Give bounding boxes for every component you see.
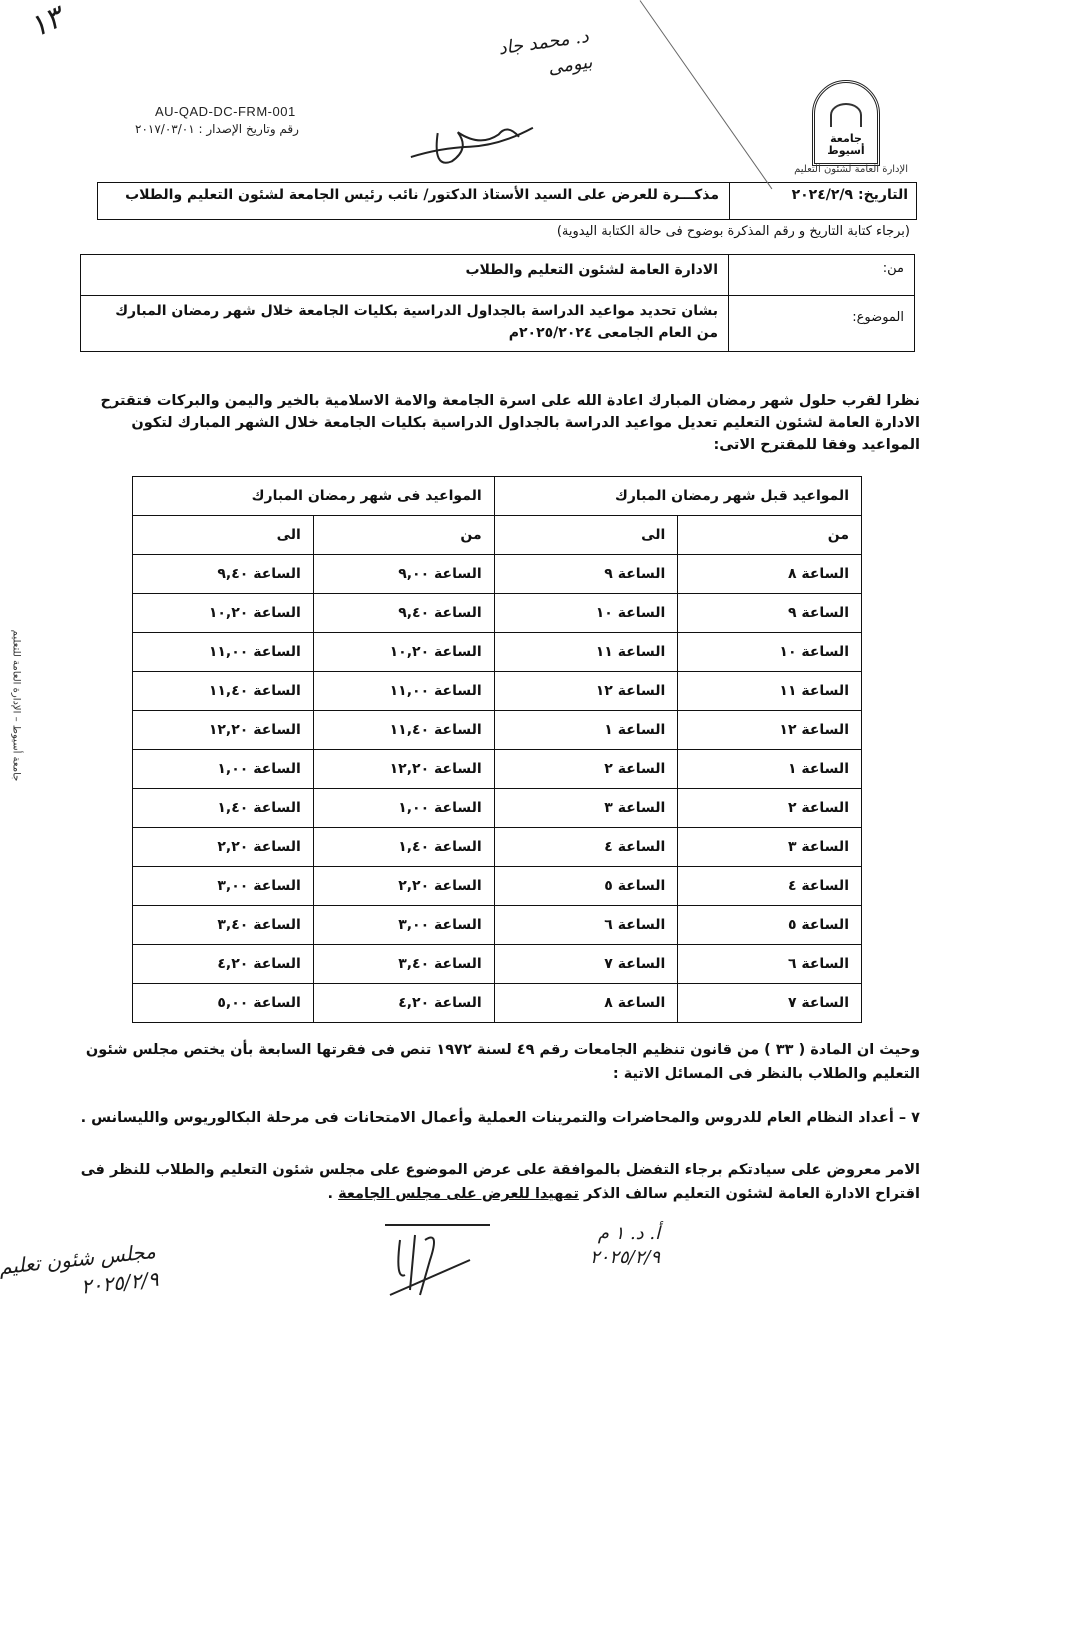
from-row: من: الادارة العامة لشئون التعليم والطلاب <box>81 255 914 296</box>
cell: الساعة ١١,٤٠ <box>313 711 494 750</box>
cell: الساعة ٤,٢٠ <box>313 984 494 1023</box>
table-row: الساعة ١٢الساعة ١الساعة ١١,٤٠الساعة ١٢,٢… <box>133 711 862 750</box>
cell: الساعة ١,٠٠ <box>313 789 494 828</box>
memo-date: التاريخ: ٢٠٢٤/٢/٩ <box>729 183 916 219</box>
logo-sun-icon <box>830 103 862 127</box>
cell: الساعة ١١ <box>678 672 862 711</box>
table-row: الساعة ١الساعة ٢الساعة ١٢,٢٠الساعة ١,٠٠ <box>133 750 862 789</box>
handwritten-approval-note: أ. د. ١ م ٢٠٢٥/٢/٩ <box>590 1222 660 1270</box>
cell: الساعة ٧ <box>678 984 862 1023</box>
handwritten-note-line: أ. د. ١ م <box>590 1222 660 1246</box>
table-row: الساعة ٧الساعة ٨الساعة ٤,٢٠الساعة ٥,٠٠ <box>133 984 862 1023</box>
intro-paragraph: نظرا لقرب حلول شهر رمضان المبارك اعادة ا… <box>90 390 920 456</box>
cell: الساعة ٥ <box>494 867 678 906</box>
cell: الساعة ١٠ <box>678 633 862 672</box>
university-logo: جامعة أسيوط <box>812 80 880 166</box>
cell: الساعة ٤ <box>494 828 678 867</box>
legal-basis-paragraph: وحيث ان المادة ( ٣٣ ) من قانون تنظيم الج… <box>60 1038 920 1086</box>
group-before-ramadan: المواعيد قبل شهر رمضان المبارك <box>494 477 861 516</box>
cell: الساعة ١٠,٢٠ <box>313 633 494 672</box>
table-row: الساعة ٣الساعة ٤الساعة ١,٤٠الساعة ٢,٢٠ <box>133 828 862 867</box>
col-during-to: الى <box>133 516 314 555</box>
cell: الساعة ٩,٤٠ <box>133 555 314 594</box>
table-row: الساعة ٥الساعة ٦الساعة ٣,٠٠الساعة ٣,٤٠ <box>133 906 862 945</box>
side-stamp: جامعة أسيوط – الإدارة العامة للتعليم <box>10 630 21 782</box>
table-row: الساعة ١٠الساعة ١١الساعة ١٠,٢٠الساعة ١١,… <box>133 633 862 672</box>
cell: الساعة ١١,٠٠ <box>133 633 314 672</box>
closing-end: . <box>328 1186 339 1202</box>
cell: الساعة ٦ <box>678 945 862 984</box>
col-during-from: من <box>313 516 494 555</box>
signature-middle <box>380 1220 500 1309</box>
handwritten-council-note: مجلس شئون تعليم ٢٠٢٥/٢/٩ <box>0 1237 160 1309</box>
cell: الساعة ٤,٢٠ <box>133 945 314 984</box>
signature-icon <box>380 1220 500 1300</box>
cell: الساعة ٢,٢٠ <box>133 828 314 867</box>
table-row: الساعة ٤الساعة ٥الساعة ٢,٢٠الساعة ٣,٠٠ <box>133 867 862 906</box>
fold-line <box>640 0 773 189</box>
memo-note: (برجاء كتابة التاريخ و رقم المذكرة بوضوح… <box>557 224 910 239</box>
cell: الساعة ١ <box>678 750 862 789</box>
table-row: الساعة ١١الساعة ١٢الساعة ١١,٠٠الساعة ١١,… <box>133 672 862 711</box>
cell: الساعة ١١ <box>494 633 678 672</box>
clause-item-7: ٧ – أعداد النظام العام للدروس والمحاضرات… <box>60 1110 920 1126</box>
cell: الساعة ٣,٤٠ <box>133 906 314 945</box>
cell: الساعة ١,٠٠ <box>133 750 314 789</box>
handwritten-note-line: ٢٠٢٥/٢/٩ <box>590 1246 660 1270</box>
signature-icon <box>407 109 543 177</box>
subject-label: الموضوع: <box>728 296 914 352</box>
cell: الساعة ١٠ <box>494 594 678 633</box>
cell: الساعة ٣,٠٠ <box>313 906 494 945</box>
cell: الساعة ٩,٠٠ <box>313 555 494 594</box>
cell: الساعة ١٢,٢٠ <box>313 750 494 789</box>
memo-recipient: مذكـــرة للعرض على السيد الأستاذ الدكتور… <box>98 183 729 219</box>
cell: الساعة ٥ <box>678 906 862 945</box>
table-row: الساعة ٢الساعة ٣الساعة ١,٠٠الساعة ١,٤٠ <box>133 789 862 828</box>
cell: الساعة ٩ <box>678 594 862 633</box>
cell: الساعة ١٢ <box>678 711 862 750</box>
cell: الساعة ١,٤٠ <box>313 828 494 867</box>
table-column-header: من الى من الى <box>133 516 862 555</box>
from-value: الادارة العامة لشئون التعليم والطلاب <box>81 255 728 295</box>
cell: الساعة ٣,٠٠ <box>133 867 314 906</box>
form-code: AU-QAD-DC-FRM-001 <box>155 104 296 119</box>
issue-date: رقم وتاريخ الإصدار : ٢٠١٧/٠٣/٠١ <box>135 122 299 136</box>
cell: الساعة ١١,٠٠ <box>313 672 494 711</box>
table-group-header: المواعيد قبل شهر رمضان المبارك المواعيد … <box>133 477 862 516</box>
table-row: الساعة ٨الساعة ٩الساعة ٩,٠٠الساعة ٩,٤٠ <box>133 555 862 594</box>
cell: الساعة ٣ <box>494 789 678 828</box>
cell: الساعة ٩ <box>494 555 678 594</box>
from-subject-box: من: الادارة العامة لشئون التعليم والطلاب… <box>80 254 915 352</box>
col-before-to: الى <box>494 516 678 555</box>
subject-row: الموضوع: بشان تحديد مواعيد الدراسة بالجد… <box>81 296 914 352</box>
cell: الساعة ٣,٤٠ <box>313 945 494 984</box>
closing-underlined: تمهيدا للعرض على مجلس الجامعة <box>338 1186 579 1202</box>
cell: الساعة ١٢ <box>494 672 678 711</box>
cell: الساعة ٥,٠٠ <box>133 984 314 1023</box>
department-name: الإدارة العامة لشئون التعليم <box>794 164 908 175</box>
cell: الساعة ١,٤٠ <box>133 789 314 828</box>
cell: الساعة ٨ <box>494 984 678 1023</box>
cell: الساعة ٣ <box>678 828 862 867</box>
cell: الساعة ١٢,٢٠ <box>133 711 314 750</box>
cell: الساعة ١١,٤٠ <box>133 672 314 711</box>
signature-top <box>407 109 544 185</box>
memo-header-box: التاريخ: ٢٠٢٤/٢/٩ مذكـــرة للعرض على الس… <box>97 182 917 220</box>
handwritten-page-number: ١٣ <box>24 0 68 45</box>
handwritten-referral-note: د. محمد جاد بيومى <box>497 24 594 88</box>
cell: الساعة ٢ <box>494 750 678 789</box>
schedule-table: المواعيد قبل شهر رمضان المبارك المواعيد … <box>132 476 862 1023</box>
from-label: من: <box>728 255 914 295</box>
cell: الساعة ٦ <box>494 906 678 945</box>
cell: الساعة ١٠,٢٠ <box>133 594 314 633</box>
logo-text: جامعة أسيوط <box>815 133 877 157</box>
subject-value: بشان تحديد مواعيد الدراسة بالجداول الدرا… <box>81 296 728 352</box>
cell: الساعة ٢ <box>678 789 862 828</box>
table-row: الساعة ٦الساعة ٧الساعة ٣,٤٠الساعة ٤,٢٠ <box>133 945 862 984</box>
col-before-from: من <box>678 516 862 555</box>
cell: الساعة ٤ <box>678 867 862 906</box>
cell: الساعة ٨ <box>678 555 862 594</box>
cell: الساعة ٧ <box>494 945 678 984</box>
group-during-ramadan: المواعيد فى شهر رمضان المبارك <box>133 477 495 516</box>
cell: الساعة ١ <box>494 711 678 750</box>
cell: الساعة ٩,٤٠ <box>313 594 494 633</box>
closing-paragraph: الامر معروض على سيادتكم برجاء التفضل بال… <box>60 1158 920 1206</box>
cell: الساعة ٢,٢٠ <box>313 867 494 906</box>
table-row: الساعة ٩الساعة ١٠الساعة ٩,٤٠الساعة ١٠,٢٠ <box>133 594 862 633</box>
